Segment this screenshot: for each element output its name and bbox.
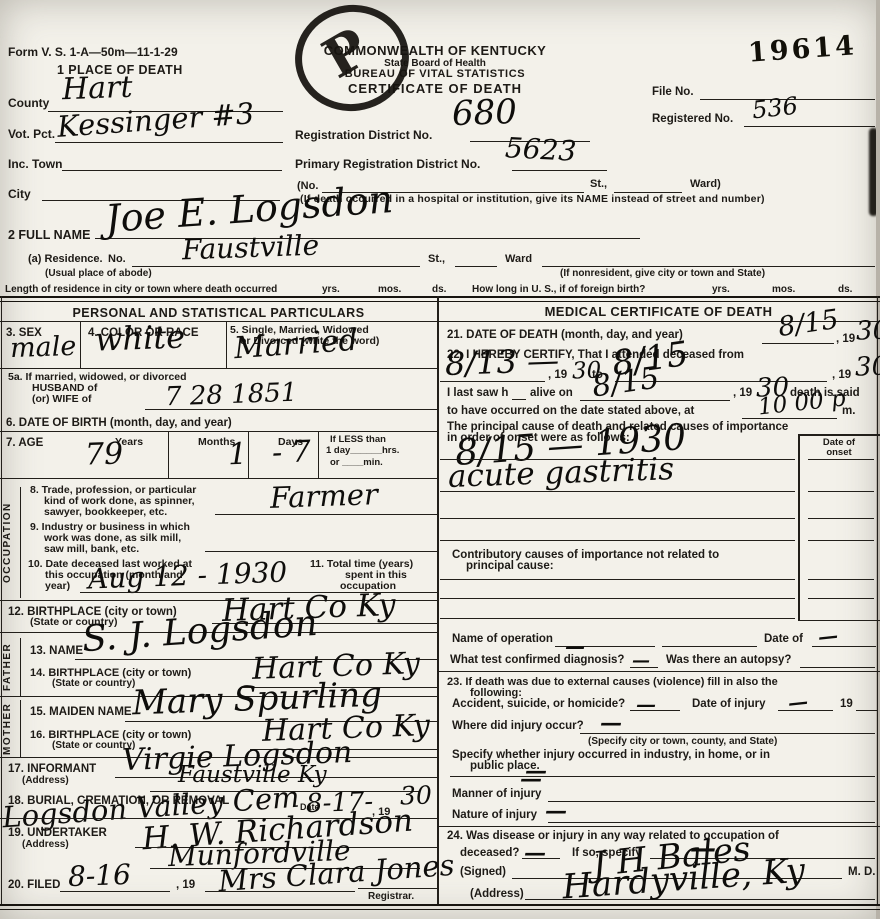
industry-line xyxy=(205,551,437,552)
residence-st-line xyxy=(455,266,497,267)
marital-value: Married xyxy=(233,326,359,365)
county-label: County xyxy=(8,97,49,110)
operation-date-dash: — xyxy=(817,625,839,647)
occupation-related-label-2: deceased? xyxy=(460,847,519,860)
contributory-label-2: principal cause: xyxy=(466,560,554,573)
cell-divider-2 xyxy=(226,321,227,368)
md-label: M. D. xyxy=(848,866,875,879)
nonresident-note: (If nonresident, give city or town and S… xyxy=(560,268,765,279)
filed-line xyxy=(60,891,170,892)
nature-dash: — xyxy=(545,800,567,822)
operation-line-2 xyxy=(662,646,757,647)
inc-town-line xyxy=(62,170,282,171)
attended-from-value: 8/13 — xyxy=(444,344,559,380)
onset-line-5 xyxy=(808,579,874,580)
nature-label: Nature of injury xyxy=(452,809,537,822)
cause-value: acute gastritis xyxy=(448,454,675,493)
to-year-printed: , 19 xyxy=(832,369,851,382)
onset-box-bottom xyxy=(798,620,880,621)
city-st-label: St., xyxy=(590,178,607,190)
autopsy-line xyxy=(800,667,875,668)
residence-value: Faustville xyxy=(182,232,320,265)
informant-addr-label: (Address) xyxy=(22,775,69,786)
occupation-bracket xyxy=(20,487,21,598)
full-name-line xyxy=(95,238,640,239)
mother-vertical-label: MOTHER xyxy=(2,700,13,758)
age-label: 7. AGE xyxy=(6,437,43,450)
specify-dash-2: — xyxy=(520,768,542,790)
city-label: City xyxy=(8,188,31,201)
hour-value: 10 00 p xyxy=(757,387,847,419)
ds-label-2: ds. xyxy=(838,284,852,295)
onset-line-2 xyxy=(808,491,874,492)
operation-label: Name of operation xyxy=(452,633,553,646)
dod-line xyxy=(762,343,834,344)
registrar-line xyxy=(205,891,355,892)
less-than-2: 1 day______hrs. xyxy=(326,446,399,457)
residence-label: (a) Residence. xyxy=(28,253,103,265)
inc-town-label: Inc. Town xyxy=(8,158,62,171)
cause-line-3 xyxy=(440,518,795,519)
filed-year-printed: , 19 xyxy=(176,879,195,892)
father-vertical-label: FATHER xyxy=(2,638,13,696)
occurred-label: to have occurred on the date stated abov… xyxy=(447,405,694,418)
contrib-line-3 xyxy=(440,618,795,619)
injury-19-line xyxy=(856,710,878,711)
onset-line-6 xyxy=(808,598,874,599)
last-saw-value: 8/15 xyxy=(590,363,661,402)
trade-line xyxy=(215,514,437,515)
item23-rule xyxy=(437,671,880,672)
registered-no-label: Registered No. xyxy=(652,113,733,126)
vot-pct-label: Vot. Pct. xyxy=(8,128,55,141)
registered-no-value: 536 xyxy=(751,94,799,123)
vot-pct-line xyxy=(55,142,283,143)
specify-note: (Specify city or town, county, and State… xyxy=(588,736,777,747)
registrar-label: Registrar. xyxy=(368,891,414,902)
yrs-label-1: yrs. xyxy=(322,284,340,295)
full-name-value: Joe E. Logsdon xyxy=(104,180,394,238)
onset-line-3 xyxy=(808,518,874,519)
informant-label: 17. INFORMANT xyxy=(8,763,96,776)
death-certificate-scan: Form V. S. 1-A—50m—11-1-29 1 PLACE OF DE… xyxy=(0,0,880,919)
father-bp-label-2: (State or country) xyxy=(52,678,135,689)
age-divider-3 xyxy=(318,431,319,478)
less-than-3: or ____min. xyxy=(330,458,383,469)
ds-label-1: ds. xyxy=(432,284,446,295)
where-line xyxy=(580,733,875,734)
cause-line-4 xyxy=(440,540,795,541)
father-bracket xyxy=(20,638,21,696)
onset-box-left xyxy=(798,434,800,620)
section-divider-bottom xyxy=(0,904,880,910)
undertaker-addr-label: (Address) xyxy=(22,839,69,850)
last-saw-label-2: alive on xyxy=(530,387,573,400)
sex-value: male xyxy=(10,333,77,362)
from-year-printed: , 19 xyxy=(548,369,567,382)
age-divider-1 xyxy=(168,431,169,478)
residence-line xyxy=(132,266,420,267)
operation-dash: — xyxy=(565,636,585,656)
autopsy-label: Was there an autopsy? xyxy=(666,654,791,667)
how-long-note: How long in U. S., if of foreign birth? xyxy=(472,284,645,295)
residence-no-label: No. xyxy=(108,253,126,265)
length-note: Length of residence in city or town wher… xyxy=(5,284,277,295)
address-label: (Address) xyxy=(470,888,524,901)
worked-label-3: year) xyxy=(45,581,70,593)
test-dash: — xyxy=(632,652,650,670)
abode-note: (Usual place of abode) xyxy=(45,268,152,279)
dob-line xyxy=(145,409,437,410)
mos-label-1: mos. xyxy=(378,284,401,295)
yrs-label-2: yrs. xyxy=(712,284,730,295)
test-label: What test confirmed diagnosis? xyxy=(450,654,624,667)
personal-section-title: PERSONAL AND STATISTICAL PARTICULARS xyxy=(0,306,437,320)
signed-label: (Signed) xyxy=(460,866,506,879)
personal-title-rule xyxy=(0,321,437,322)
wife-label: (or) WIFE of xyxy=(32,394,91,406)
center-divider xyxy=(437,296,439,904)
injury-date-label: Date of injury xyxy=(692,698,765,711)
section-divider-top xyxy=(0,296,880,302)
where-label: Where did injury occur? xyxy=(452,720,584,733)
stamp-letter: P xyxy=(312,15,379,91)
item24-rule xyxy=(437,826,880,827)
deceased-dash: — xyxy=(524,842,546,864)
dob-value: 7 28 1851 xyxy=(165,380,298,411)
worked-value: Aug 12 - 1930 xyxy=(88,559,288,594)
accident-dash: — xyxy=(636,694,656,714)
filed-label: 20. FILED xyxy=(8,879,60,892)
trade-label-3: sawyer, bookkeeper, etc. xyxy=(44,507,167,519)
specify-line xyxy=(450,776,875,777)
nature-line xyxy=(548,822,875,823)
form-number: Form V. S. 1-A—50m—11-1-29 xyxy=(8,46,178,59)
onset-label-2: onset xyxy=(802,448,876,459)
hour-line xyxy=(742,418,837,419)
onset-box-top xyxy=(798,434,880,436)
dob-rule xyxy=(0,431,437,432)
last-saw-label-1: I last saw h xyxy=(447,387,508,400)
mos-label-2: mos. xyxy=(772,284,795,295)
age-years-value: 79 xyxy=(84,439,123,470)
dod-year-printed: , 19 xyxy=(836,333,855,346)
filed-value: 8-16 xyxy=(68,861,132,891)
contrib-line-1 xyxy=(440,579,795,580)
mother-bracket xyxy=(20,700,21,757)
attended-from-line xyxy=(440,381,545,382)
father-name-label: 13. NAME xyxy=(30,645,83,658)
dod-value: 8/15 xyxy=(776,306,840,341)
residence-st-label: St., xyxy=(428,253,445,265)
cause-line-2 xyxy=(440,491,795,492)
age-days-value: - 7 xyxy=(271,437,311,468)
onset-line-1 xyxy=(808,459,874,460)
injury-date-dash: — xyxy=(787,691,809,713)
certificate-number: 19614 xyxy=(747,30,858,69)
manner-line xyxy=(548,801,875,802)
residence-ward-line xyxy=(542,266,875,267)
residence-ward-label: Ward xyxy=(505,253,532,265)
city-ward-label: Ward) xyxy=(690,178,721,190)
prim-reg-line xyxy=(512,170,607,171)
archive-stamp-icon: P xyxy=(288,0,416,118)
industry-label-3: saw mill, bank, etc. xyxy=(44,544,139,556)
row5-rule xyxy=(0,368,437,369)
file-no-label: File No. xyxy=(652,86,694,99)
full-name-label: 2 FULL NAME xyxy=(8,228,90,242)
reg-district-value: 680 xyxy=(451,95,517,131)
where-dash: — xyxy=(600,712,622,734)
manner-label: Manner of injury xyxy=(452,788,541,801)
onset-line-4 xyxy=(808,540,874,541)
occupation-vertical-label: OCCUPATION xyxy=(2,487,13,599)
registered-no-line xyxy=(744,126,875,127)
to-year-value: 30 xyxy=(855,353,880,380)
injury-19-label: 19 xyxy=(840,698,853,711)
operation-date-label: Date of xyxy=(764,633,803,646)
right-border xyxy=(877,296,878,904)
dob-label: 6. DATE OF BIRTH (month, day, and year) xyxy=(6,417,232,430)
accident-label: Accident, suicide, or homicide? xyxy=(452,698,625,711)
cell-divider-1 xyxy=(80,321,81,368)
contrib-line-2 xyxy=(440,598,795,599)
age-months-value: 1 xyxy=(227,440,247,471)
trade-value: Farmer xyxy=(270,480,379,513)
registrar-rule xyxy=(358,888,437,889)
mother-name-label: 15. MAIDEN NAME xyxy=(30,706,132,719)
race-value: white xyxy=(94,320,185,355)
last-saw-h-blank xyxy=(512,399,526,400)
county-value: Hart xyxy=(61,73,132,105)
reg-district-label: Registration District No. xyxy=(295,129,432,142)
prim-reg-label: Primary Registration District No. xyxy=(295,158,480,171)
age-divider-2 xyxy=(248,431,249,478)
m-label: m. xyxy=(842,405,855,418)
undertaker-label: 19. UNDERTAKER xyxy=(8,827,107,840)
prim-reg-value: 5623 xyxy=(504,134,577,166)
dod-year-value: 30 xyxy=(856,317,880,344)
last-saw-year-printed: , 19 xyxy=(733,387,752,400)
